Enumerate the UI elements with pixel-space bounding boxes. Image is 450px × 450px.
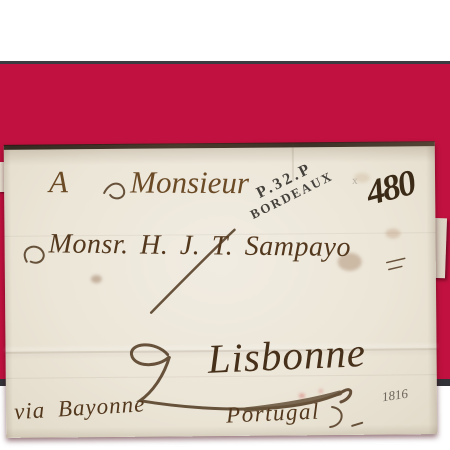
country-line: Portugal [226, 399, 321, 429]
photo-page: A Monsieur P.32.P BORDEAUX 480 x Monsr. … [0, 0, 450, 450]
address-line-2: Monsr. H. J. T. Sampayo [48, 228, 351, 264]
destination-line: Lisbonne [207, 328, 367, 383]
pencil-x-mark: x [352, 175, 358, 187]
cover-photo-mat: A Monsieur P.32.P BORDEAUX 480 x Monsr. … [0, 61, 450, 386]
address-line-1: A Monsieur [49, 164, 249, 201]
letter-paper: A Monsieur P.32.P BORDEAUX 480 x Monsr. … [4, 142, 438, 438]
